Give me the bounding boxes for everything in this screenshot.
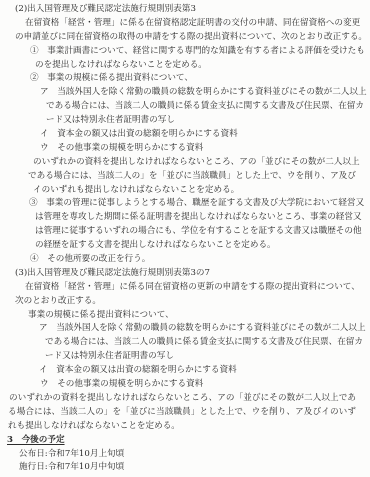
text-line: イ 資本金の額又は出資の総額を明らかにする資料 — [0, 128, 356, 142]
text-line: イ 資本金の額又は出資の総額を明らかにする資料 — [0, 364, 356, 378]
text-line: は管理に従事するいずれの場合にも、学位を有することを証する文書又は職歴その他 — [0, 225, 356, 239]
text-line: ① 事業計画書について、経営に関する専門的な知識を有する者による評価を受けたも — [0, 45, 356, 59]
text-line: である場合には、当該二人の職員に係る賃金支払に関する文書及び住民票、在留カ — [0, 336, 356, 350]
text-line: ② 事業の規模に係る提出資料について、 — [0, 72, 356, 86]
text-line: 事業の規模に係る提出資料について、 — [0, 309, 356, 323]
text-line: である場合には、当該二人の」を「並びに当該職員」とした上で、ウを削り、ア及び — [0, 170, 356, 184]
text-line: ード又は特別永住者証明書の写し — [0, 350, 356, 364]
document-page: (2)出入国管理及び難民認定法施行規則別表第3在留資格「経営・管理」に係る在留資… — [0, 0, 370, 477]
text-line: る場合には、当該二人の」を「並びに当該職員」とした上で、ウを削り、ア及びイのいず — [0, 406, 356, 420]
section-heading: 3 今後の予定 — [0, 434, 356, 448]
text-line: 施行日:令和7年10月中旬頃 — [0, 461, 356, 475]
text-line: ア 当該外国人を除く常勤の職員の総数を明らかにする資料並びにその数が二人以上 — [0, 322, 356, 336]
text-line: のいずれかの資料を提出しなければならないところ、アの「並びにその数が二人以上であ — [0, 392, 356, 406]
text-line: の申請並びに同在留資格の取得の申請をする際の提出資料について、次のとおり改正する… — [0, 31, 356, 45]
text-line: (3)出入国管理及び難民認定法施行規則別表第3の7 — [0, 267, 356, 281]
text-line: ウ その他事業の規模を明らかにする資料 — [0, 142, 356, 156]
text-line: 公布日:令和7年10月上旬頃 — [0, 448, 356, 462]
text-line: 次のとおり改正する。 — [0, 295, 356, 309]
text-line: は管理を専攻した期間に係る証明書を提出しなければならないところ、事業の経営又 — [0, 211, 356, 225]
text-line: (2)出入国管理及び難民認定法施行規則別表第3 — [0, 3, 356, 17]
text-line: ード又は特別永住者証明書の写し — [0, 114, 356, 128]
text-line: 在留資格「経営・管理」に係る同在留資格の更新の申請をする際の提出資料について、 — [0, 281, 356, 295]
text-line: のいずれかの資料を提出しなければならないところ、アの「並びにその数が二人以上 — [0, 156, 356, 170]
text-line: の経歴を証する文書を提出しなければならないことを定める。 — [0, 239, 356, 253]
text-line: イのいずれも提出しなければならないことを定める。 — [0, 184, 356, 198]
text-line: である場合には、当該二人の職員に係る賃金支払に関する文書及び住民票、在留カ — [0, 100, 356, 114]
text-line: ウ その他事業の規模を明らかにする資料 — [0, 378, 356, 392]
text-line: ア 当該外国人を除く常勤の職員の総数を明らかにする資料並びにその数が二人以上 — [0, 86, 356, 100]
text-line: ④ その他所要の改正を行う。 — [0, 253, 356, 267]
text-line: のを提出しなければならないことを定める。 — [0, 59, 356, 73]
text-line: ③ 事業の管理に従事しようとする場合、職歴を証する文書及び大学院において経営又 — [0, 197, 356, 211]
text-line: れも提出しなければならないことを定める。 — [0, 420, 356, 434]
text-line: 在留資格「経営・管理」に係る在留資格認定証明書の交付の申請、同在留資格への変更 — [0, 17, 356, 31]
